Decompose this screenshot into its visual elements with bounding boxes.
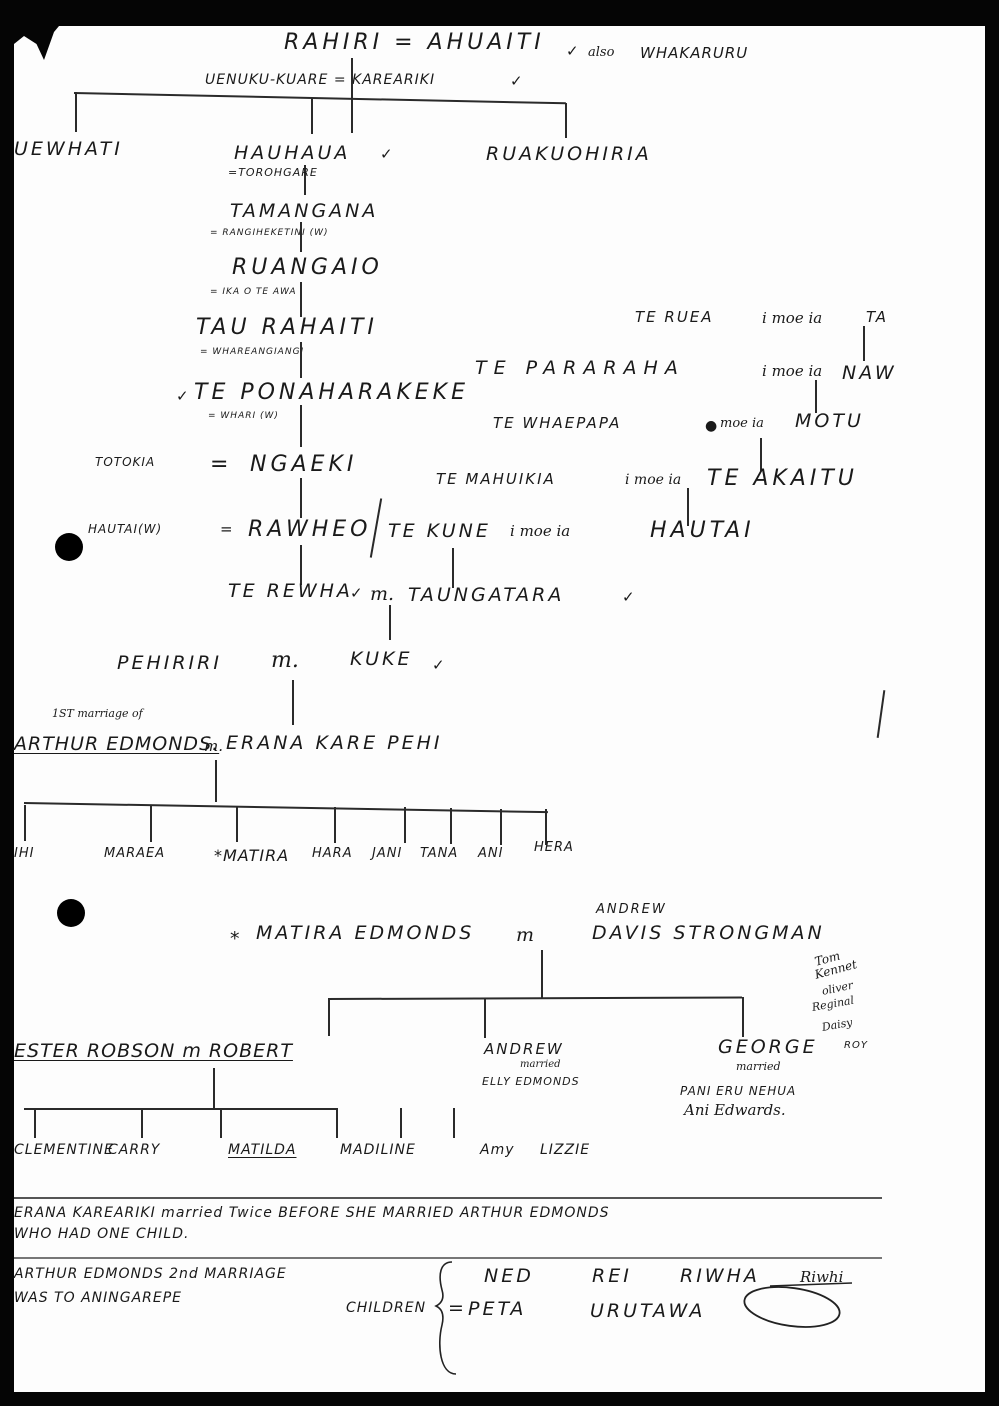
child-name: PETA [468, 1298, 526, 1320]
child-name: URUTAWA [590, 1300, 705, 1322]
child-name: REI [592, 1265, 632, 1287]
child-name: NED [484, 1265, 534, 1287]
brace-and-circle [0, 0, 999, 1406]
child-name-alt: Riwhi [800, 1268, 843, 1286]
child-name: RIWHA [680, 1265, 760, 1287]
